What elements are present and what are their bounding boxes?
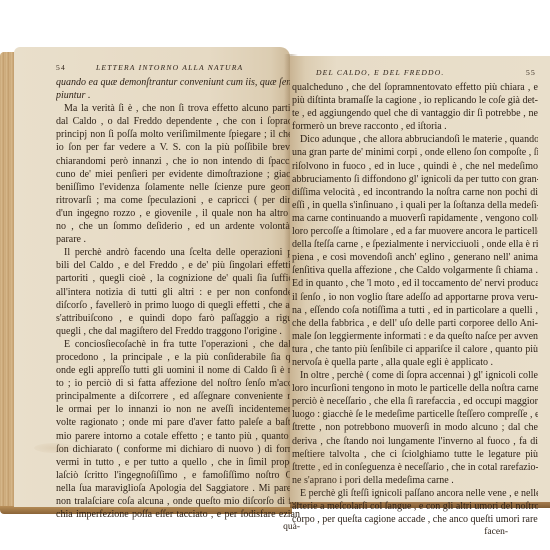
catchword-right: facen- (292, 526, 508, 539)
text-line: piena , e così movendoſi anch' eglino , … (292, 251, 538, 264)
text-line: formerò un breve racconto , ed iſtoria . (292, 120, 538, 133)
text-line: tura , che tanto più ſenſibile ci appari… (292, 343, 538, 356)
left-page-body: quando ea quæ demonſtrantur conveniunt c… (56, 76, 290, 521)
text-line: chiarandomi però innanzi , che io non in… (56, 155, 300, 168)
text-line: principj non ſi poſſa molto veriſimilmen… (56, 128, 300, 141)
text-line: In oltre , perchè ( come di ſopra accenn… (292, 369, 538, 382)
text-line: una gran parte de' minimi corpi , onde e… (292, 146, 538, 159)
text-line: perciò è neceſſario , che ella ſi rarefa… (292, 395, 538, 408)
catchword-left: quà- (56, 521, 300, 534)
text-line: parare . (56, 233, 300, 246)
text-line: ſenſitiva quella affezione , che Caldo v… (292, 264, 538, 277)
right-page: DEL CALDO, E DEL FREDDO. 55 qualcheduno … (290, 56, 550, 502)
text-line: loro percoſſe a ſtimolare , ed a far muo… (292, 225, 538, 238)
text-line: bili del Caldo , e del Freddo , e de' pi… (56, 259, 300, 272)
text-line: d'un ingegno rozzo , e giovenile , il qu… (56, 207, 300, 220)
left-page: 54 LETTERA INTORNO ALLA NATURA quando ea… (14, 47, 290, 507)
text-line: qualcheduno , che del ſopramnentovato ef… (292, 81, 538, 94)
text-line: corpo , per queſta cagione accade , che … (292, 513, 538, 526)
text-line: all'intera notizia di tutti gli altri : … (56, 286, 300, 299)
page-number-right: 55 (526, 68, 536, 77)
text-line: abbruciamento ſi diffondono gl' ignicoli… (292, 173, 538, 186)
text-line: piuntur . (56, 89, 300, 102)
text-line: procedono , la principale , e la più con… (56, 351, 300, 364)
text-line: partoriti , quegli cioè , la cognizione … (56, 272, 300, 285)
text-line: ſtrette , non potrebbono muoverſi in mod… (292, 421, 538, 434)
text-line: diſſima velocità , ed incontrando la noſ… (292, 186, 538, 199)
text-line: Dico adunque , che allora abbruciandoſi … (292, 133, 538, 146)
text-line: s'attribuiſcono , e quindi dopo farò paſ… (56, 312, 300, 325)
text-line: nervoſa è quella parte , alla quale egli… (292, 356, 538, 369)
open-book: 54 LETTERA INTORNO ALLA NATURA quando ea… (0, 44, 550, 522)
text-line: che della fabbrica , e dell' uſo delle p… (292, 317, 538, 330)
text-line: mio parere intorno a cotale effetto ; e … (56, 430, 300, 443)
text-line: na , eſſendo coſa notiſſima a tutti , ed… (292, 304, 538, 317)
text-line: chia imperfezione poſſa eſſer tacciato ,… (56, 508, 300, 521)
text-line: arterie a meſcolarſi col ſangue , e con … (292, 500, 538, 513)
text-line: male ſon leggiermente informati : e da q… (292, 330, 538, 343)
text-line: principalmente a diſcorrere , ed aſſegna… (56, 390, 300, 403)
text-line: riſolvono in fuoco , ed in luce , quindi… (292, 160, 538, 173)
left-running-head: 54 LETTERA INTORNO ALLA NATURA (56, 63, 296, 72)
right-running-head: DEL CALDO, E DEL FREDDO. 55 (292, 68, 536, 77)
text-line: cuno de' miei penſieri per evidente dimo… (56, 168, 300, 181)
text-line: le ormai per lo innanzi io non ne aveſſi… (56, 403, 300, 416)
text-line: Ma la verità ſi è , che non ſi trova eff… (56, 102, 300, 115)
text-line: diſcorſo , favellerò in primo luogo di q… (56, 299, 300, 312)
text-line: ma carne continuando a muoverſi rapidame… (292, 212, 538, 225)
text-line: eſſi , in quella s'inſinuano , i quali p… (292, 199, 538, 212)
paper-stain (34, 443, 74, 453)
text-line: non tralaſciare coſa alcuna , onde queſt… (56, 495, 300, 508)
text-line: onde egli appreſſo tutti gli uomini il n… (56, 364, 300, 377)
text-line: to ; io perciò di sì fatta affezione del… (56, 377, 300, 390)
text-line: E conciosſiecoſachè in fra tutte l'opera… (56, 338, 300, 351)
text-line: loro incurſioni tengono in moto le parti… (292, 382, 538, 395)
running-head-title-left: LETTERA INTORNO ALLA NATURA (96, 63, 243, 72)
running-head-title-right: DEL CALDO, E DEL FREDDO. (316, 68, 445, 77)
text-line: no , che un ſommo deſiderio , ed un arde… (56, 220, 300, 233)
paper-stain (290, 446, 360, 496)
text-line: Il perchè andrò facendo una ſcelta delle… (56, 246, 300, 259)
text-line: beniſſimo l'evidenza ſolamente nelle ſci… (56, 181, 300, 194)
text-line: ritrovarſi ; ma come ſpeculazioni , e ca… (56, 194, 300, 207)
text-line: quegli , che dal magiſtero del Freddo tr… (56, 325, 300, 338)
text-line: io ſon per far vedere a V. S. con la più… (56, 141, 300, 154)
text-line: più diſtinta bramaſſe la cagione , io re… (292, 94, 538, 107)
text-line: dal Caldo , o dal Freddo dependente , ch… (56, 115, 300, 128)
text-line: laſciò ſcritto l'ingegnoſiſſimo , e famo… (56, 469, 300, 482)
text-line: Ed in quanto , che 'l moto , ed il tocca… (292, 277, 538, 290)
text-line: il ſenſo , io non voglio ſtare adeſſo ad… (292, 291, 538, 304)
text-line: della ſteſſa carne , e ſpezialmente i ne… (292, 238, 538, 251)
text-line: te , ed aggiungendo quel che di vantaggi… (292, 107, 538, 120)
text-line: volte ragionato ; onde mi pare d'aver fa… (56, 416, 300, 429)
text-line: ſon dichiarato ( conforme mi dichiaro di… (56, 443, 300, 456)
text-line: quando ea quæ demonſtrantur conveniunt c… (56, 76, 300, 89)
text-line: vermi in tutto , e per tutto a quello , … (56, 456, 300, 469)
text-line: luogo : giacchè ſe le medeſime particell… (292, 408, 538, 421)
page-number-left: 54 (56, 63, 66, 72)
text-line: nella ſua maraviglioſa Apologia del Sagg… (56, 482, 300, 495)
